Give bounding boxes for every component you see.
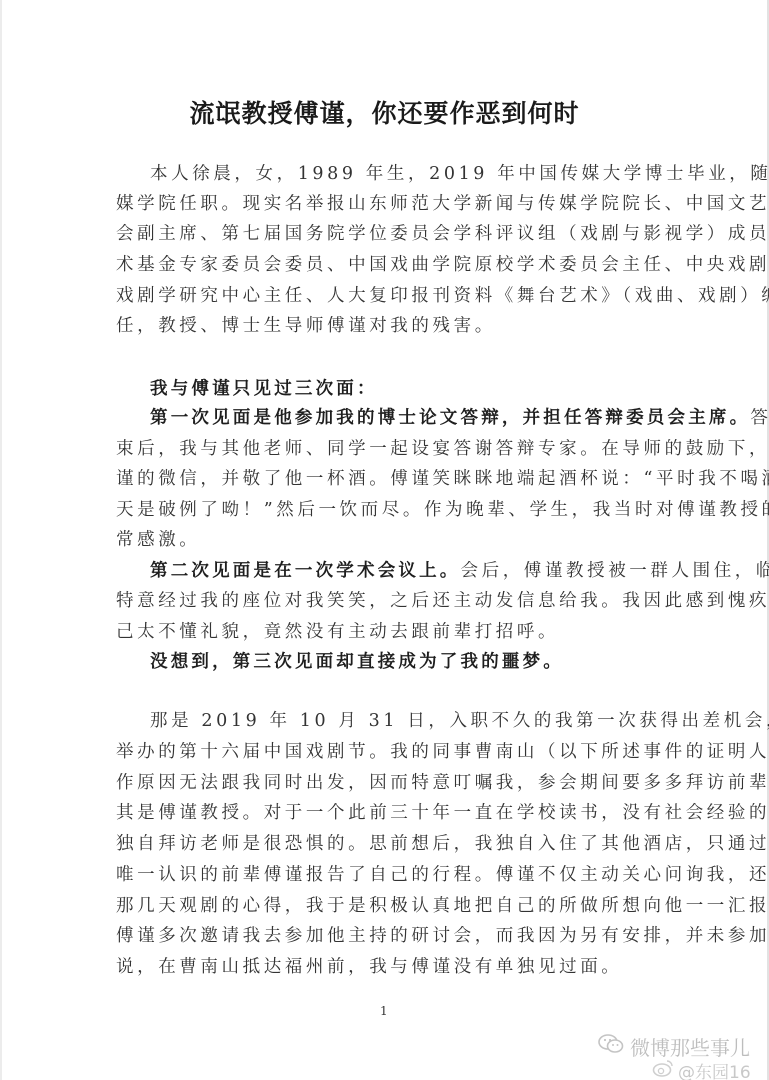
text-line: 任，教授、博士生导师傅谨对我的残害。: [116, 315, 656, 337]
watermark-account: 微博那些事儿: [598, 1032, 750, 1061]
watermark-account-name: 微博那些事儿: [630, 1032, 750, 1061]
text-line: 特意经过我的座位对我笑笑，之后还主动发信息给我。我因此感到愧疚，觉得自: [116, 590, 656, 612]
text-line: 第二次见面是在一次学术会议上。会后，傅谨教授被一群人围住，临走时却: [150, 560, 690, 582]
text-run: 会后，傅谨教授被一群人围住，临走时却: [461, 561, 769, 581]
text-line: 那是 2019 年 10 月 31 日，入职不久的我第一次获得出差机会，参加在福…: [150, 710, 690, 732]
text-line: 己太不懂礼貌，竟然没有主动去跟前辈打招呼。: [116, 621, 656, 643]
text-line: 谨的微信，并敬了他一杯酒。傅谨笑眯眯地端起酒杯说：“平时我不喝酒的，今: [116, 468, 656, 490]
page-edge-left: [0, 0, 2, 1080]
text-line: 作原因无法跟我同时出发，因而特意叮嘱我，参会期间要多多拜访前辈老师，尤: [116, 772, 656, 794]
text-line: 那几天观剧的心得，我于是积极认真地把自己的所做所想向他一一汇报。之后，: [116, 895, 656, 917]
watermark-handle-text: @东园16: [678, 1058, 751, 1080]
paragraph-third-meeting: 没想到，第三次见面却直接成为了我的噩梦。: [150, 651, 690, 673]
section-heading: 我与傅谨只见过三次面：: [150, 378, 690, 400]
bold-lead: 第二次见面是在一次学术会议上。: [150, 561, 461, 581]
wechat-icon: [598, 1033, 624, 1060]
text-line: 戏剧学研究中心主任、人大复印报刊资料《舞台艺术》（戏曲、戏剧）编委会主: [116, 285, 656, 307]
text-run: 答辩结: [750, 408, 769, 428]
text-line: 本人徐晨，女，1989 年生，2019 年中国传媒大学博士毕业，随后到浙江传: [150, 163, 690, 185]
page-number: 1: [380, 1004, 388, 1018]
text-line: 第一次见面是他参加我的博士论文答辩，并担任答辩委员会主席。答辩结: [150, 407, 690, 429]
watermark-handle: @东园16: [652, 1058, 751, 1080]
bold-lead: 第一次见面是他参加我的博士论文答辩，并担任答辩委员会主席。: [150, 408, 750, 428]
text-line: 天是破例了呦！”然后一饮而尽。作为晚辈、学生，我当时对傅谨教授的善意非: [116, 499, 656, 521]
text-line: 举办的第十六届中国戏剧节。我的同事曹南山（以下所述事件的证明人）由于工: [116, 741, 656, 763]
document-title: 流氓教授傅谨，你还要作恶到何时: [0, 94, 769, 130]
text-line: 独自拜访老师是很恐惧的。思前想后，我独自入住了其他酒店，只通过微信向我: [116, 833, 656, 855]
text-line: 常感激。: [116, 529, 656, 551]
text-line: 束后，我与其他老师、同学一起设宴答谢答辩专家。在导师的鼓励下，我加了傅: [116, 438, 656, 460]
text-line: 其是傅谨教授。对于一个此前三十年一直在学校读书，没有社会经验的我而言，: [116, 802, 656, 824]
text-line: 媒学院任职。现实名举报山东师范大学新闻与传媒学院院长、中国文艺评论家协: [116, 193, 656, 215]
text-line: 说，在曹南山抵达福州前，我与傅谨没有单独见过面。: [116, 956, 656, 978]
text-line: 术基金专家委员会委员、中国戏曲学院原校学术委员会主任、中央戏剧学院中国: [116, 254, 656, 276]
text-line: 傅谨多次邀请我去参加他主持的研讨会，而我因为另有安排，并未参加。也就是: [116, 925, 656, 947]
weibo-icon: [652, 1059, 674, 1080]
text-line: 唯一认识的前辈傅谨报告了自己的行程。傅谨不仅主动关心问询我，还与我交流: [116, 864, 656, 886]
text-line: 会副主席、第七届国务院学位委员会学科评议组（戏剧与影视学）成员、国家艺: [116, 223, 656, 245]
